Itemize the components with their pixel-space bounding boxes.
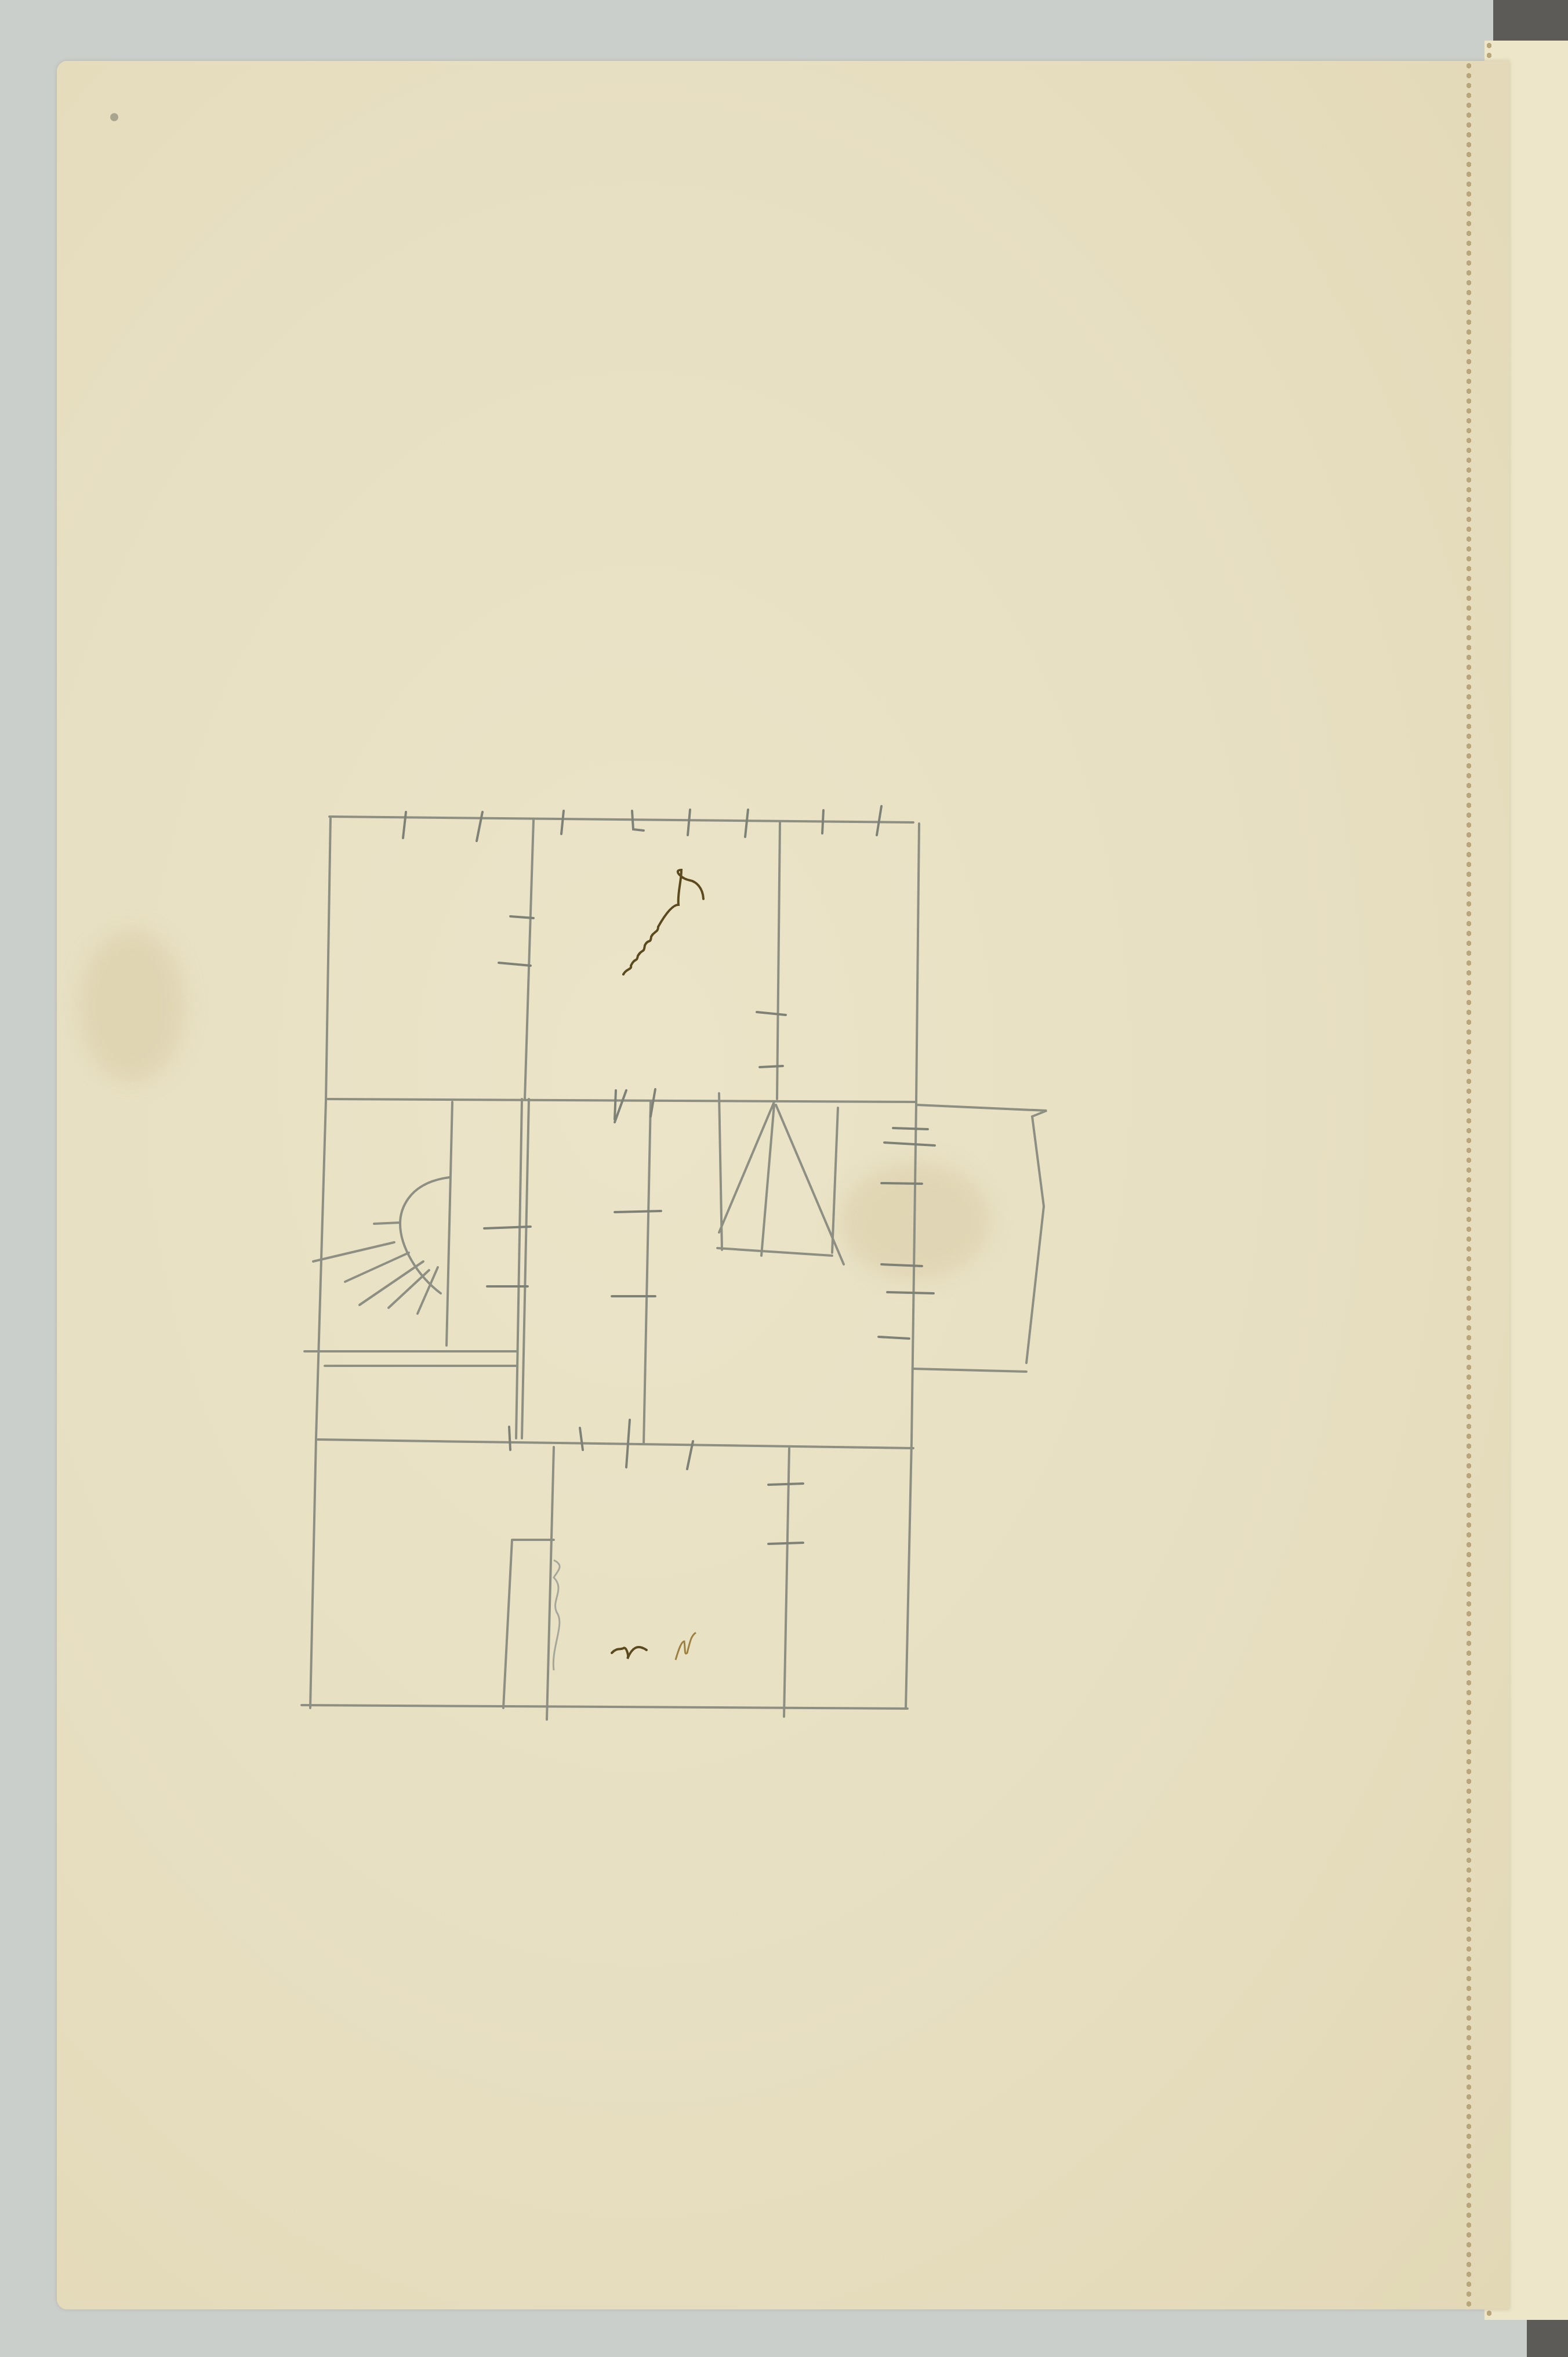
upper-divider-right bbox=[777, 822, 780, 1099]
stair-landing-lines bbox=[304, 1351, 516, 1366]
stair-treads bbox=[313, 1223, 438, 1314]
lower-divider-right bbox=[784, 1448, 789, 1717]
stair-curve bbox=[400, 1177, 449, 1293]
upper-divider-left bbox=[525, 820, 533, 1099]
handwritten-mark-m bbox=[612, 1647, 647, 1659]
corridor-left bbox=[516, 1099, 522, 1438]
corridor-left-double bbox=[522, 1099, 529, 1438]
squiggle-wall-texture bbox=[553, 1560, 560, 1670]
stair-wall bbox=[447, 1102, 452, 1346]
handwritten-mark-n bbox=[676, 1633, 696, 1660]
top-wall bbox=[329, 817, 913, 822]
middle-wall-lower bbox=[318, 1439, 913, 1448]
bottom-wall bbox=[302, 1705, 908, 1709]
lower-closet bbox=[503, 1540, 554, 1708]
corridor-right bbox=[644, 1102, 651, 1444]
lower-divider-left bbox=[547, 1447, 554, 1720]
floor-plan-sketch bbox=[0, 0, 1568, 2357]
fireplace-sketch bbox=[717, 1093, 844, 1264]
